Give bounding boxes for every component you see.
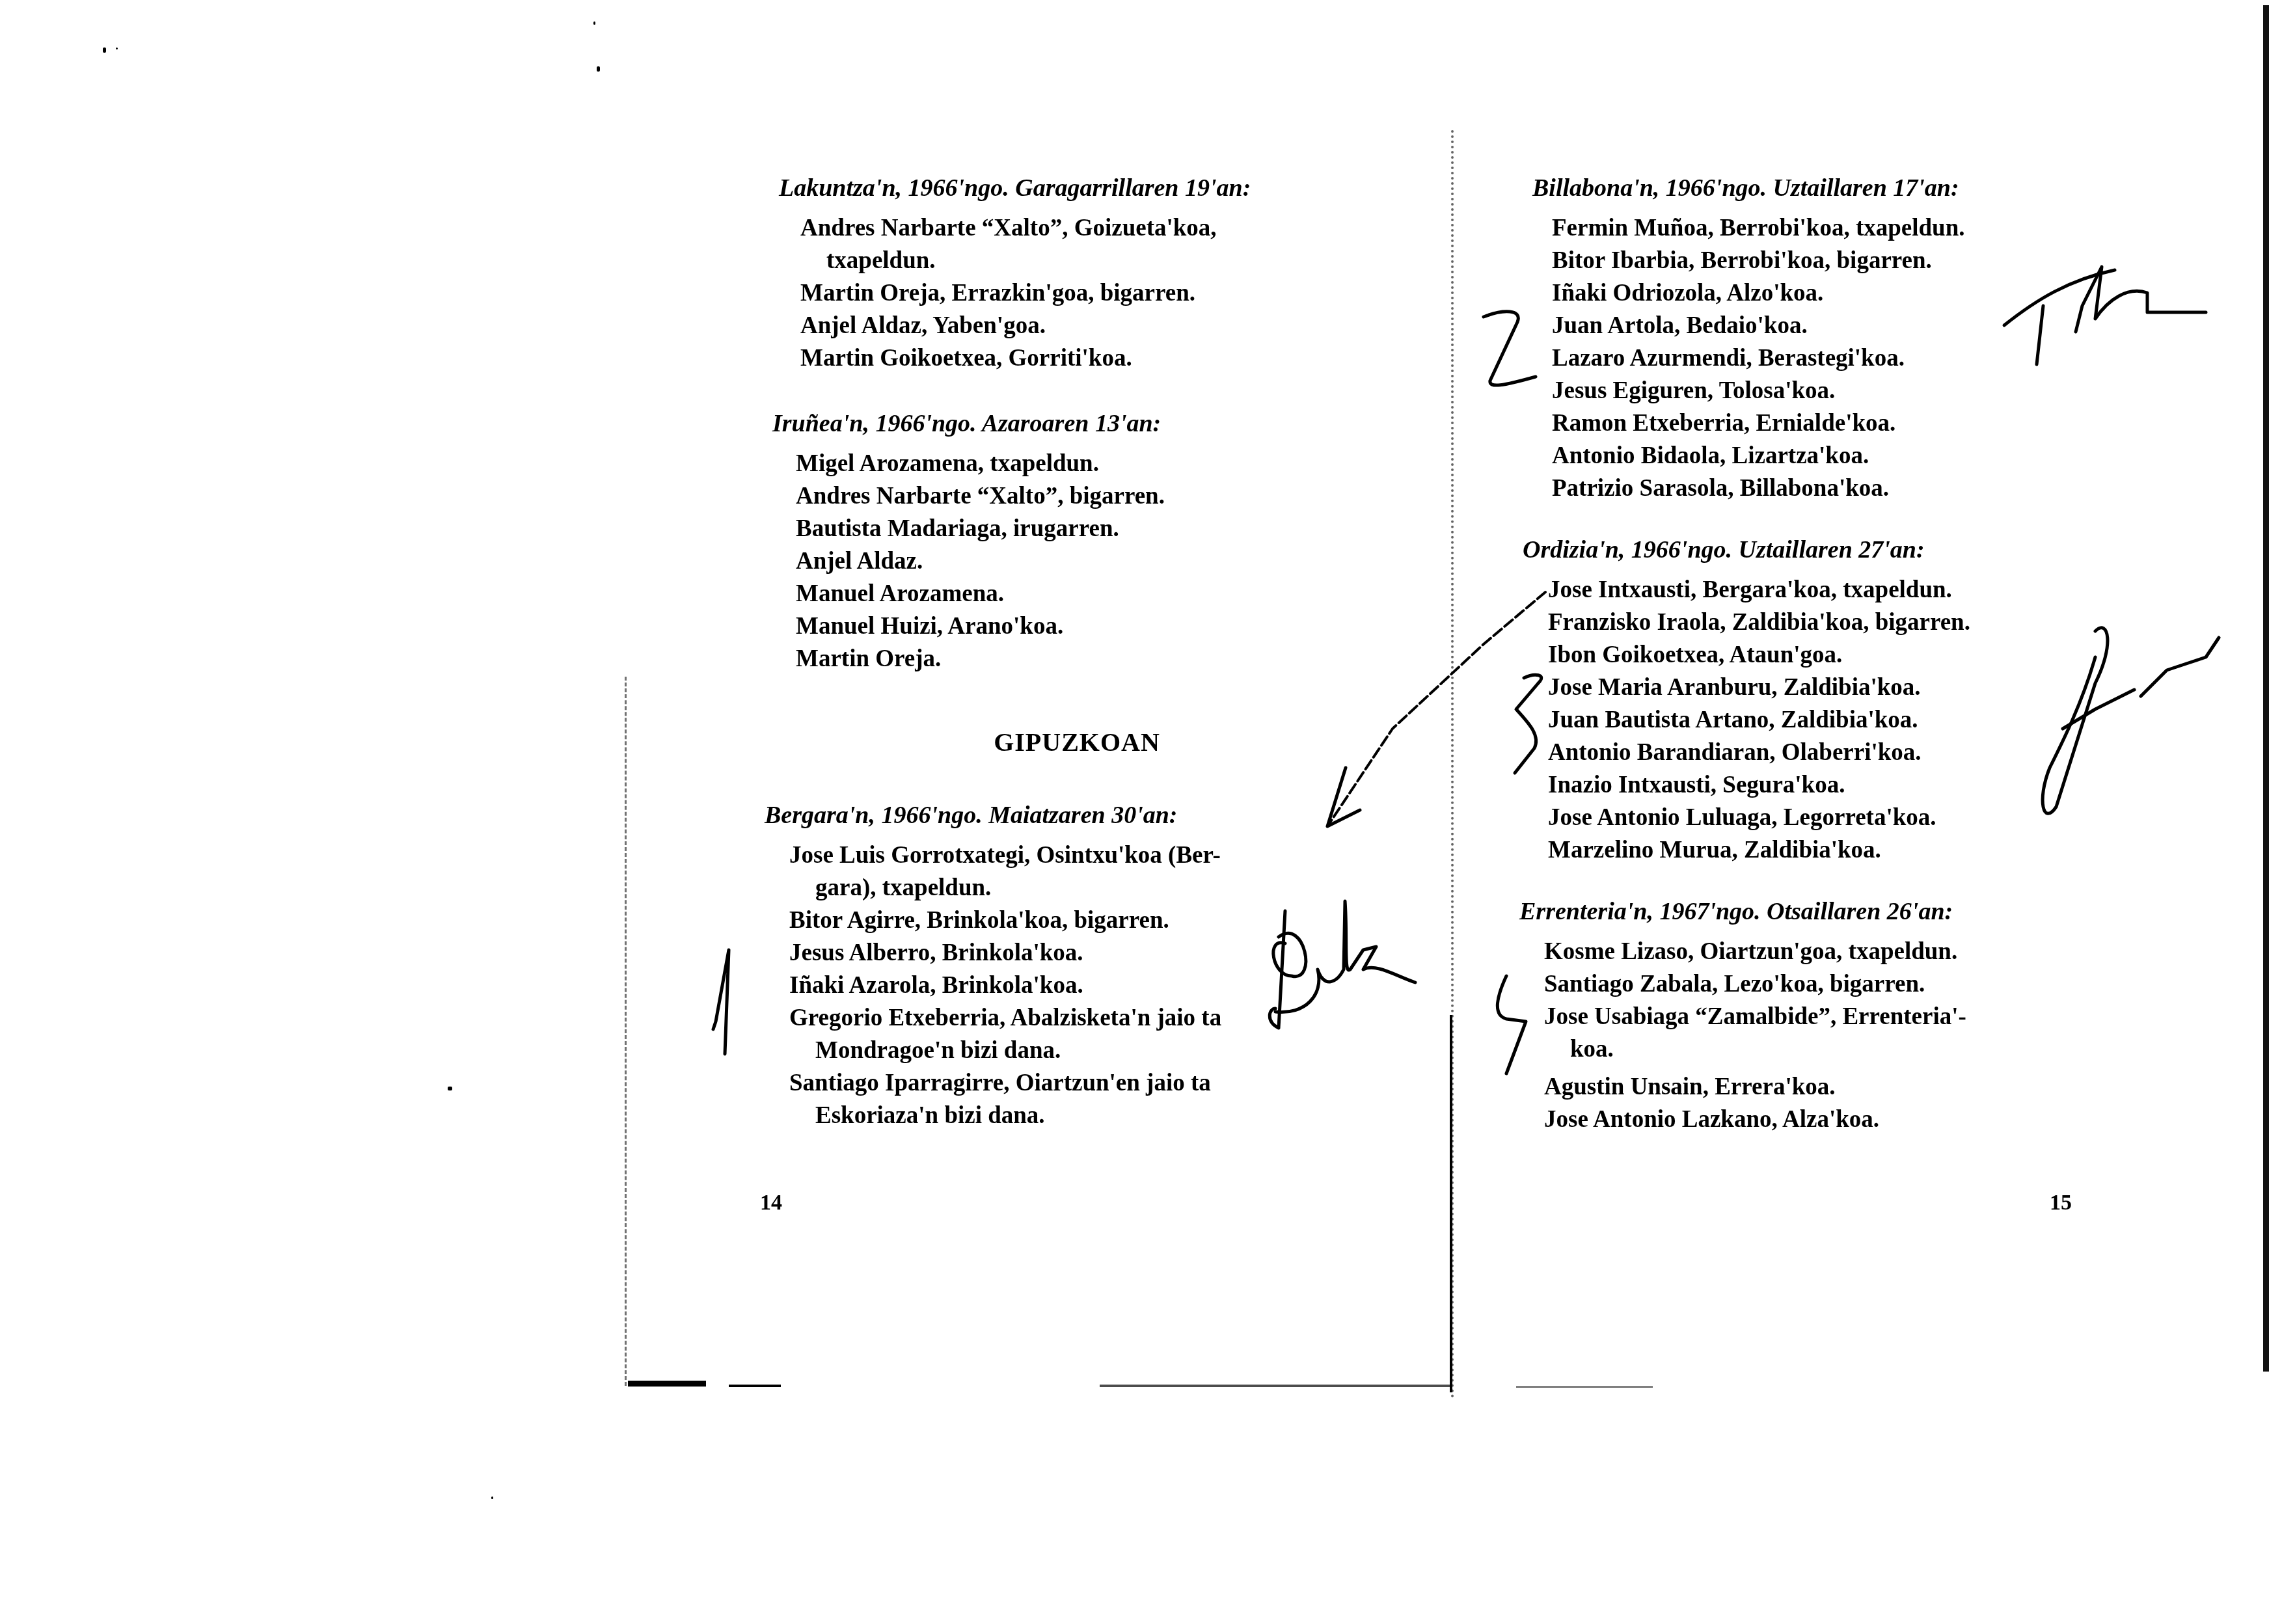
scan-speck — [593, 21, 595, 25]
list-item: Anjel Aldaz, Yaben'goa. — [800, 310, 1389, 342]
section-iruinea: Iruñea'n, 1966'ngo. Azaroaren 13'an: Mig… — [765, 406, 1389, 675]
scan-speck — [103, 47, 106, 53]
signature-billabona-icon — [1998, 254, 2232, 371]
list-item: Manuel Huizi, Arano'koa. — [796, 610, 1389, 643]
list-item: Anjel Aldaz. — [796, 545, 1389, 578]
list-item: Migel Arozamena, txapeldun. — [796, 448, 1389, 480]
section-heading: Errenteria'n, 1967'ngo. Otsaillaren 26'a… — [1519, 894, 2138, 929]
list-item: Jose Usabiaga “Zamalbide”, Errenteria'-k… — [1544, 1001, 2084, 1066]
list-item: Andres Narbarte “Xalto”, bigarren. — [796, 480, 1389, 513]
page-bottom-edge-middle — [1100, 1385, 1451, 1387]
entry-list: Andres Narbarte “Xalto”, Goizueta'koa,tx… — [765, 212, 1389, 375]
list-item: Martin Oreja, Errazkin'goa, bigarren. — [800, 277, 1389, 310]
list-item: Santiago Iparragirre, Oiartzun'en jaio t… — [789, 1067, 1355, 1132]
page-edge-left — [625, 677, 629, 1386]
list-item: Manuel Arozamena. — [796, 578, 1389, 610]
list-item: Patrizio Sarasola, Billabona'koa. — [1552, 472, 2138, 505]
arrow-icon — [1314, 579, 1555, 852]
list-item: Santiago Zabala, Lezo'koa, bigarren. — [1544, 968, 2084, 1001]
list-item: Kosme Lizaso, Oiartzun'goa, txapeldun. — [1544, 936, 2084, 968]
section-errenteria: Errenteria'n, 1967'ngo. Otsaillaren 26'a… — [1519, 894, 2138, 1136]
scan-speck — [116, 47, 118, 49]
entry-list: Kosme Lizaso, Oiartzun'goa, txapeldun. S… — [1519, 936, 2084, 1136]
page-number-right: 15 — [2050, 1191, 2072, 1215]
section-heading: Ordizia'n, 1966'ngo. Uztaillaren 27'an: — [1523, 532, 2138, 567]
list-item: Fermin Muñoa, Berrobi'koa, txapeldun. — [1552, 212, 2138, 245]
list-item: Marzelino Murua, Zaldibia'koa. — [1548, 834, 2138, 867]
list-item: Bautista Madariaga, irugarren. — [796, 513, 1389, 545]
handwritten-number-1-icon — [703, 943, 742, 1067]
list-item: Martin Oreja. — [796, 643, 1389, 675]
signature-bergara-icon — [1266, 898, 1428, 1048]
page-bottom-edge-left-2 — [729, 1385, 781, 1387]
entry-list: Migel Arozamena, txapeldun. Andres Narba… — [765, 448, 1389, 675]
list-item: Andres Narbarte “Xalto”, Goizueta'koa,tx… — [800, 212, 1389, 277]
signature-ordizia-icon — [2030, 618, 2225, 826]
page-bottom-edge-right — [1516, 1386, 1653, 1388]
scan-speck — [491, 1496, 493, 1499]
section-heading: Iruñea'n, 1966'ngo. Azaroaren 13'an: — [772, 406, 1389, 441]
list-item: Martin Goikoetxea, Gorriti'koa. — [800, 342, 1389, 375]
section-heading: Lakuntza'n, 1966'ngo. Garagarrillaren 19… — [779, 170, 1389, 206]
handwritten-number-2-icon — [1477, 309, 1542, 407]
region-title: GIPUZKOAN — [765, 726, 1389, 759]
section-heading: Billabona'n, 1966'ngo. Uztaillaren 17'an… — [1532, 170, 2138, 206]
page-edge-right — [2263, 5, 2269, 1372]
page-number-left: 14 — [760, 1191, 782, 1215]
list-item: Antonio Bidaola, Lizartza'koa. — [1552, 440, 2138, 472]
scan-speck — [597, 66, 600, 72]
page-gutter-solid — [1450, 1015, 1452, 1392]
list-item: Jose Luis Gorrotxategi, Osintxu'koa (Ber… — [789, 839, 1355, 904]
list-item: Agustin Unsain, Errera'koa. — [1544, 1071, 2084, 1103]
list-item: Ramon Etxeberria, Ernialde'koa. — [1552, 407, 2138, 440]
section-lakuntza: Lakuntza'n, 1966'ngo. Garagarrillaren 19… — [765, 170, 1389, 375]
list-item: Jose Antonio Lazkano, Alza'koa. — [1544, 1103, 2084, 1136]
list-item: Jose Intxausti, Bergara'koa, txapeldun. — [1548, 574, 2138, 606]
section-heading: Bergara'n, 1966'ngo. Maiatzaren 30'an: — [765, 798, 1389, 833]
list-item: Jesus Egiguren, Tolosa'koa. — [1552, 375, 2138, 407]
handwritten-number-4-icon — [1487, 969, 1532, 1080]
page-bottom-edge-left — [628, 1381, 706, 1387]
scan-speck — [448, 1087, 452, 1090]
